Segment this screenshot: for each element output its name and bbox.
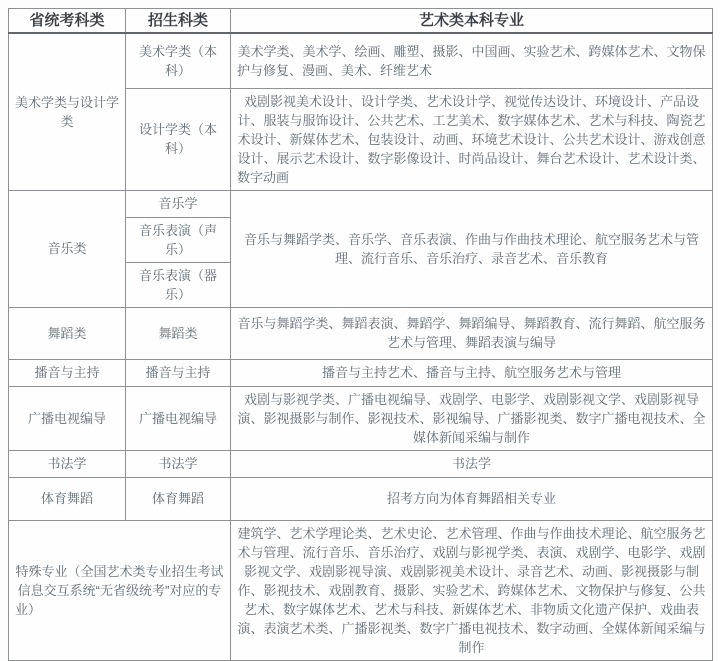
cell-enroll-sports-dance: 体育舞蹈 bbox=[126, 477, 231, 520]
cell-majors-radio-tv: 戏剧与影视学类、广播电视编导、戏剧学、电影学、戏剧影视文学、戏剧影视导演、影视摄… bbox=[231, 386, 713, 450]
cell-majors-calligraphy: 书法学 bbox=[231, 450, 713, 477]
cell-category-sports-dance: 体育舞蹈 bbox=[9, 477, 126, 520]
art-majors-table: 省统考科类 招生科类 艺术类本科专业 美术学类与设计学类 美术学类（本科） 美术… bbox=[8, 8, 713, 661]
cell-category-special: 特殊专业（全国艺术类专业招生考试信息交互系统“无省级统考”对应的专业） bbox=[9, 520, 231, 660]
table-row-calligraphy: 书法学 书法学 书法学 bbox=[9, 450, 713, 477]
cell-enroll-radio-tv: 广播电视编导 bbox=[126, 386, 231, 450]
table-row-fine-arts: 美术学类与设计学类 美术学类（本科） 美术学类、美术学、绘画、雕塑、摄影、中国画… bbox=[9, 33, 713, 88]
cell-enroll-calligraphy: 书法学 bbox=[126, 450, 231, 477]
cell-enroll-fine-arts: 美术学类（本科） bbox=[126, 33, 231, 88]
cell-majors-design: 戏剧影视美术设计、设计学类、艺术设计学、视觉传达设计、环境设计、产品设计、服装与… bbox=[231, 88, 713, 190]
cell-category-music: 音乐类 bbox=[9, 190, 126, 307]
cell-majors-sports-dance: 招考方向为体育舞蹈相关专业 bbox=[231, 477, 713, 520]
cell-majors-music: 音乐与舞蹈学类、音乐学、音乐表演、作曲与作曲技术理论、航空服务艺术与管理、流行音… bbox=[231, 190, 713, 307]
table-row-music-1: 音乐类 音乐学 音乐与舞蹈学类、音乐学、音乐表演、作曲与作曲技术理论、航空服务艺… bbox=[9, 190, 713, 217]
header-row: 省统考科类 招生科类 艺术类本科专业 bbox=[9, 9, 713, 34]
table-row-announcer-host: 播音与主持 播音与主持 播音与主持艺术、播音与主持、航空服务艺术与管理 bbox=[9, 359, 713, 386]
cell-category-dance: 舞蹈类 bbox=[9, 307, 126, 359]
table-row-sports-dance: 体育舞蹈 体育舞蹈 招考方向为体育舞蹈相关专业 bbox=[9, 477, 713, 520]
cell-enroll-music-instrumental: 音乐表演（器乐） bbox=[126, 262, 231, 307]
cell-enroll-announcer-host: 播音与主持 bbox=[126, 359, 231, 386]
cell-enroll-musicology: 音乐学 bbox=[126, 190, 231, 217]
cell-category-fine-arts-design: 美术学类与设计学类 bbox=[9, 33, 126, 190]
cell-majors-announcer-host: 播音与主持艺术、播音与主持、航空服务艺术与管理 bbox=[231, 359, 713, 386]
header-enroll-category: 招生科类 bbox=[126, 9, 231, 34]
cell-majors-fine-arts: 美术学类、美术学、绘画、雕塑、摄影、中国画、实验艺术、跨媒体艺术、文物保护与修复… bbox=[231, 33, 713, 88]
cell-enroll-dance: 舞蹈类 bbox=[126, 307, 231, 359]
cell-majors-special: 建筑学、艺术学理论类、艺术史论、艺术管理、作曲与作曲技术理论、航空服务艺术与管理… bbox=[231, 520, 713, 660]
cell-enroll-music-vocal: 音乐表演（声乐） bbox=[126, 217, 231, 262]
header-exam-category: 省统考科类 bbox=[9, 9, 126, 34]
table-row-radio-tv-directing: 广播电视编导 广播电视编导 戏剧与影视学类、广播电视编导、戏剧学、电影学、戏剧影… bbox=[9, 386, 713, 450]
cell-category-radio-tv: 广播电视编导 bbox=[9, 386, 126, 450]
cell-category-announcer-host: 播音与主持 bbox=[9, 359, 126, 386]
table-row-dance: 舞蹈类 舞蹈类 音乐与舞蹈学类、舞蹈表演、舞蹈学、舞蹈编导、舞蹈教育、流行舞蹈、… bbox=[9, 307, 713, 359]
header-majors: 艺术类本科专业 bbox=[231, 9, 713, 34]
cell-enroll-design: 设计学类（本科） bbox=[126, 88, 231, 190]
cell-majors-dance: 音乐与舞蹈学类、舞蹈表演、舞蹈学、舞蹈编导、舞蹈教育、流行舞蹈、航空服务艺术与管… bbox=[231, 307, 713, 359]
cell-category-calligraphy: 书法学 bbox=[9, 450, 126, 477]
table-row-special: 特殊专业（全国艺术类专业招生考试信息交互系统“无省级统考”对应的专业） 建筑学、… bbox=[9, 520, 713, 660]
